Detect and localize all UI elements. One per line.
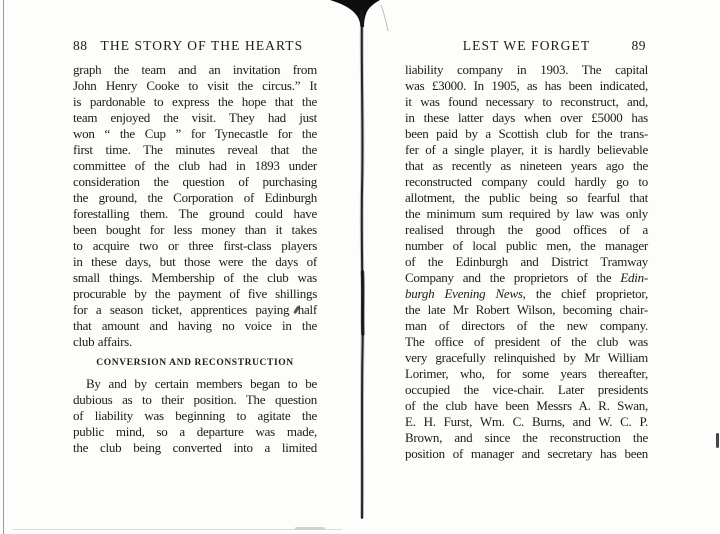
text-line: team enjoyed the visit. They had just bbox=[73, 110, 317, 126]
text-line: to acquire two or three first-class play… bbox=[73, 238, 317, 254]
text-line: man of directors of the new company. bbox=[405, 318, 648, 334]
text-line: of the club have been Messrs A. R. Swan, bbox=[405, 398, 648, 414]
scan-artifact-right-edge bbox=[716, 433, 719, 448]
text-line: that as recently as nineteen years ago t… bbox=[405, 158, 648, 174]
left-page-header: 88 THE STORY OF THE HEARTS bbox=[73, 38, 317, 53]
text-line: it was found necessary to reconstruct, a… bbox=[405, 94, 648, 110]
left-page-number: 88 bbox=[73, 38, 88, 53]
text-line: been paid by a Scottish club for the tra… bbox=[405, 126, 648, 142]
text-line: forestalling them. The ground could have bbox=[73, 206, 317, 222]
text-line: dubious as to their position. The questi… bbox=[73, 392, 317, 408]
right-page-header: LEST WE FORGET 89 bbox=[405, 38, 648, 53]
text-line: number of local public men, the manager bbox=[405, 238, 648, 254]
scan-artifact-bottom-line bbox=[12, 529, 342, 530]
text-line: of liability was beginning to agitate th… bbox=[73, 408, 317, 424]
text-line: is pardonable to express the hope that t… bbox=[73, 94, 317, 110]
text-line: in these days, but those were the days o… bbox=[73, 254, 317, 270]
text-line: occupied the vice-chair. Later president… bbox=[405, 382, 648, 398]
text-line: burgh Evening News, the chief proprietor… bbox=[405, 286, 648, 302]
text-line: the late Mr Robert Wilson, becoming chai… bbox=[405, 302, 648, 318]
text-line: the minimum sum required by law was only bbox=[405, 206, 648, 222]
text-line: of the Edinburgh and District Tramway bbox=[405, 254, 648, 270]
scan-page-edge-line bbox=[3, 0, 4, 534]
text-line: allotment, the public being so fearful t… bbox=[405, 190, 648, 206]
right-page: LEST WE FORGET 89 liability company in 1… bbox=[405, 38, 648, 462]
text-line: fer of a single player, it is hardly bel… bbox=[405, 142, 648, 158]
left-paragraph-2: By and by certain members began to bedub… bbox=[73, 376, 317, 456]
text-line: Company and the proprietors of the Edin- bbox=[405, 270, 648, 286]
left-paragraph-1: graph the team and an invitation fromJoh… bbox=[73, 62, 317, 350]
text-line: liability company in 1903. The capital bbox=[405, 62, 648, 78]
right-body: liability company in 1903. The capitalwa… bbox=[405, 62, 648, 462]
text-line: reconstructed company could hardly go to bbox=[405, 174, 648, 190]
text-line: very gracefully relinquished by Mr Willi… bbox=[405, 350, 648, 366]
text-line: the ground, the Corporation of Edinburgh bbox=[73, 190, 317, 206]
text-line: won “ the Cup ” for Tynecastle for the bbox=[73, 126, 317, 142]
text-line: realised through the good offices of a bbox=[405, 222, 648, 238]
text-line: position of manager and secretary has be… bbox=[405, 446, 648, 462]
right-running-title: LEST WE FORGET bbox=[463, 38, 590, 53]
text-line: for a season ticket, apprentices paying … bbox=[73, 302, 317, 318]
text-line: procurable by the payment of five shilli… bbox=[73, 286, 317, 302]
section-heading: CONVERSION AND RECONSTRUCTION bbox=[73, 357, 317, 369]
text-line: was £3000. In 1905, as has been indicate… bbox=[405, 78, 648, 94]
text-line: Brown, and since the reconstruction the bbox=[405, 430, 648, 446]
text-line: been bought for less money than it takes bbox=[73, 222, 317, 238]
text-line: Lorimer, who, for some years thereafter, bbox=[405, 366, 648, 382]
text-line: By and by certain members began to be bbox=[73, 376, 317, 392]
text-line: first time. The minutes reveal that the bbox=[73, 142, 317, 158]
text-line: consideration the question of purchasing bbox=[73, 174, 317, 190]
text-line: club affairs. bbox=[73, 334, 317, 350]
text-line: John Henry Cooke to visit the circus.” I… bbox=[73, 78, 317, 94]
text-line: small things. Membership of the club was bbox=[73, 270, 317, 286]
text-line: the club being converted into a limited bbox=[73, 440, 317, 456]
left-page: 88 THE STORY OF THE HEARTS graph the tea… bbox=[73, 38, 317, 456]
text-line: E. H. Furst, Wm. C. Burns, and W. C. P. bbox=[405, 414, 648, 430]
text-line: public mind, so a departure was made, bbox=[73, 424, 317, 440]
text-line: in these latter days when over £5000 has bbox=[405, 110, 648, 126]
text-line: The office of president of the club was bbox=[405, 334, 648, 350]
text-line: that amount and having no voice in the bbox=[73, 318, 317, 334]
left-running-title: THE STORY OF THE HEARTS bbox=[101, 38, 304, 53]
text-line: graph the team and an invitation from bbox=[73, 62, 317, 78]
right-page-number: 89 bbox=[632, 38, 647, 53]
book-gutter-shadow bbox=[320, 0, 410, 534]
text-line: committee of the club had in 1893 under bbox=[73, 158, 317, 174]
